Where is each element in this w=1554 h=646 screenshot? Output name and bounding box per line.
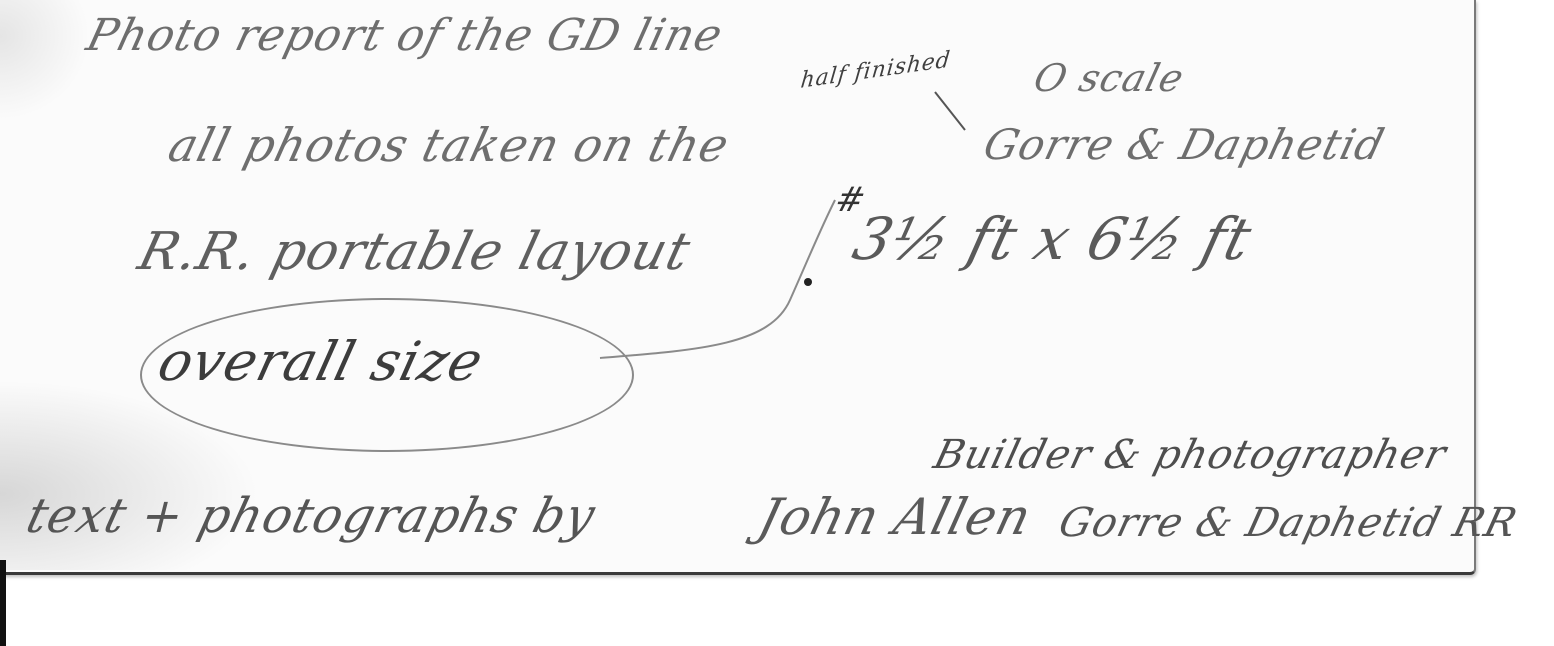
railroad-credit: Gorre & Daphetid RR — [1054, 500, 1522, 546]
author-name: John Allen — [753, 488, 1038, 546]
builder-photographer-insertion: Builder & photographer — [929, 432, 1451, 478]
connector-line — [0, 0, 1474, 572]
credit-line: text + photographs by — [21, 488, 601, 544]
scan-edge — [0, 560, 6, 646]
note-card: Photo report of the GD line half finishe… — [0, 0, 1476, 575]
